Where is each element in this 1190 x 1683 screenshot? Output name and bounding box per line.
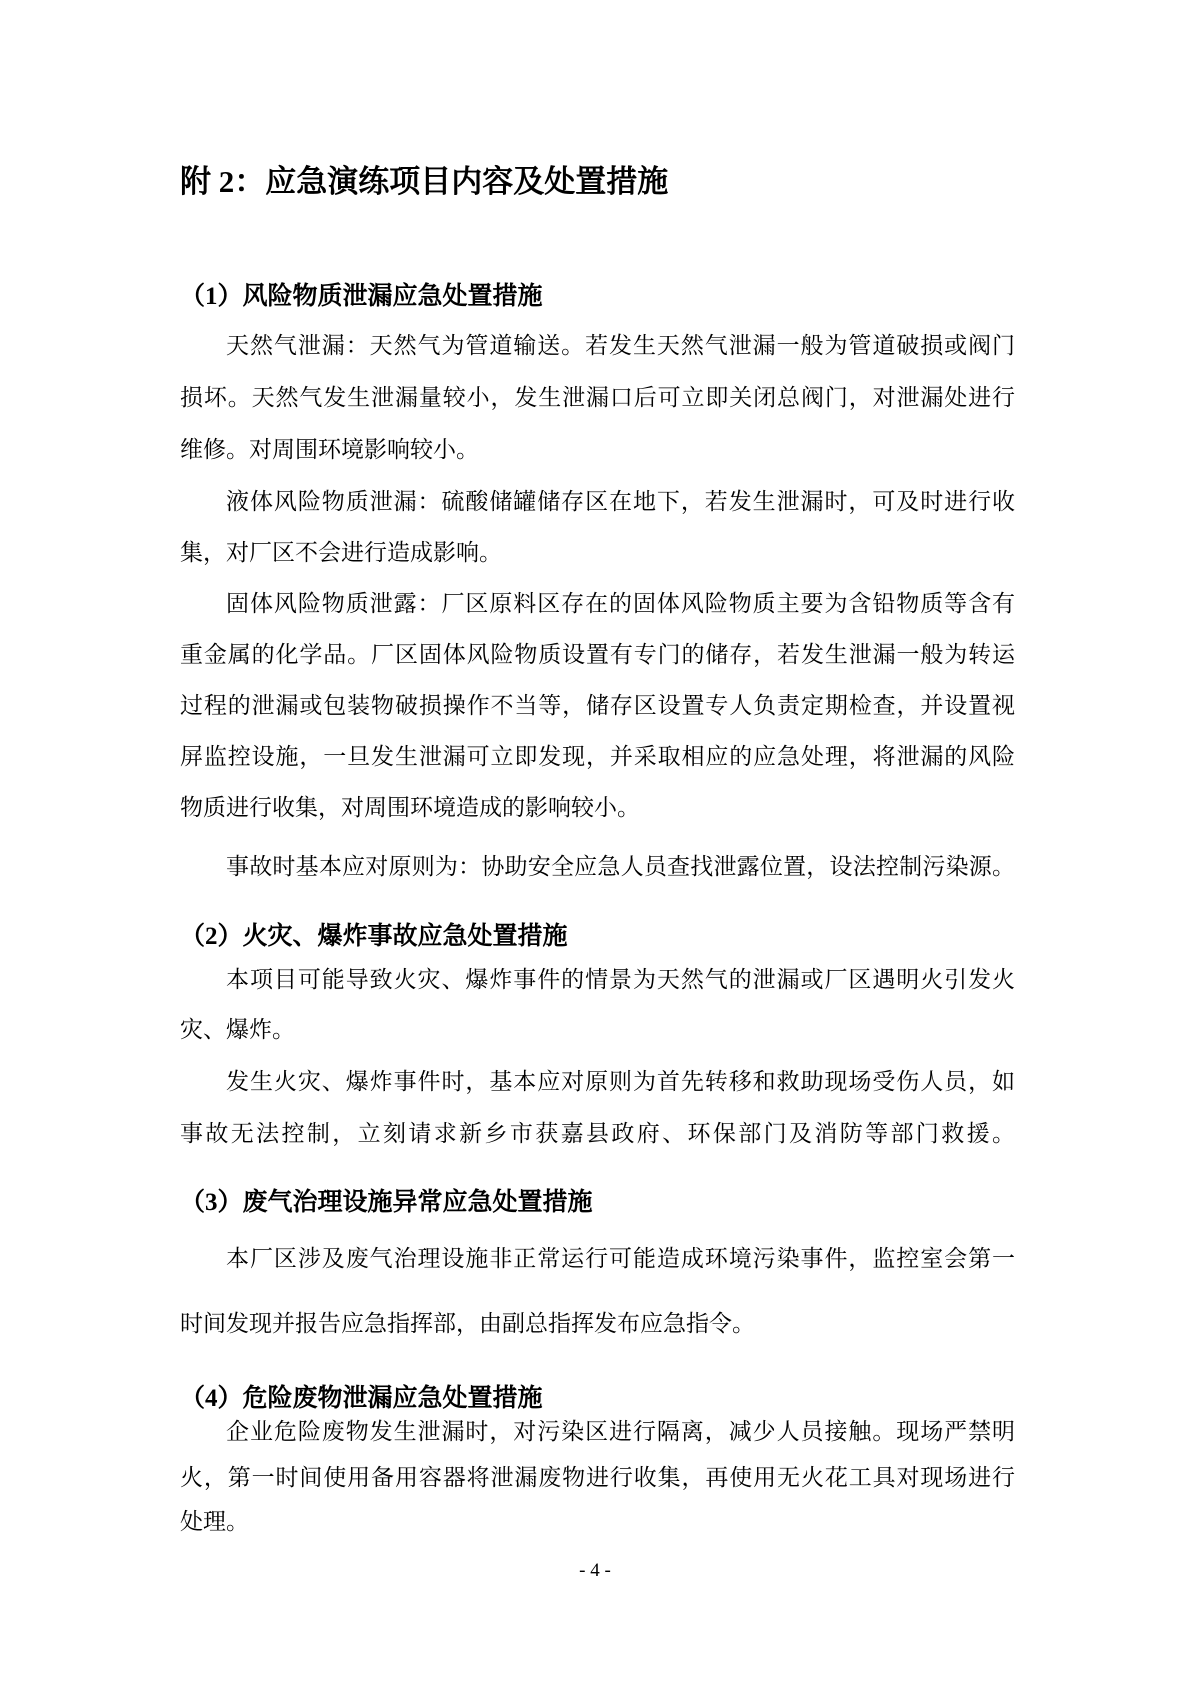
paragraph-line: 重金属的化学品。厂区固体风险物质设置有专门的储存，若发生泄漏一般为转运 — [180, 641, 1015, 670]
paragraph-line: 本厂区涉及废气治理设施非正常运行可能造成环境污染事件，监控室会第一 — [180, 1245, 1015, 1274]
paragraph-line: 火，第一时间使用备用容器将泄漏废物进行收集，再使用无火花工具对现场进行 — [180, 1464, 1015, 1493]
paragraph-line: 屏监控设施，一旦发生泄漏可立即发现，并采取相应的应急处理，将泄漏的风险 — [180, 743, 1015, 772]
paragraph-line: 固体风险物质泄露：厂区原料区存在的固体风险物质主要为含铅物质等含有 — [180, 590, 1015, 619]
paragraph-line: 处理。 — [180, 1508, 1015, 1537]
paragraph-line: 损坏。天然气发生泄漏量较小，发生泄漏口后可立即关闭总阀门，对泄漏处进行 — [180, 384, 1015, 413]
page-number: - 4 - — [0, 1560, 1190, 1582]
paragraph-line: 物质进行收集，对周围环境造成的影响较小。 — [180, 794, 1015, 823]
section-heading-4: （4）危险废物泄漏应急处置措施 — [180, 1378, 1015, 1414]
paragraph-line: 集，对厂区不会进行造成影响。 — [180, 539, 1015, 568]
paragraph-line: 本项目可能导致火灾、爆炸事件的情景为天然气的泄漏或厂区遇明火引发火 — [180, 966, 1015, 995]
paragraph-line: 时间发现并报告应急指挥部，由副总指挥发布应急指令。 — [180, 1310, 1015, 1339]
paragraph-line: 发生火灾、爆炸事件时，基本应对原则为首先转移和救助现场受伤人员，如 — [180, 1068, 1015, 1097]
page-title: 附 2：应急演练项目内容及处置措施 — [180, 156, 668, 201]
paragraph-line: 液体风险物质泄漏：硫酸储罐储存区在地下，若发生泄漏时，可及时进行收 — [180, 488, 1015, 517]
paragraph-line: 天然气泄漏：天然气为管道输送。若发生天然气泄漏一般为管道破损或阀门 — [180, 332, 1015, 361]
section-heading-3: （3）废气治理设施异常应急处置措施 — [180, 1182, 1015, 1218]
paragraph-line: 维修。对周围环境影响较小。 — [180, 436, 1015, 465]
section-heading-1: （1）风险物质泄漏应急处置措施 — [180, 276, 1015, 312]
document-page: 附 2：应急演练项目内容及处置措施 （1）风险物质泄漏应急处置措施 天然气泄漏：… — [0, 0, 1190, 1683]
paragraph-line: 事故无法控制，立刻请求新乡市获嘉县政府、环保部门及消防等部门救援。 — [180, 1120, 1015, 1149]
paragraph-line: 企业危险废物发生泄漏时，对污染区进行隔离，减少人员接触。现场严禁明 — [180, 1418, 1015, 1447]
paragraph-line: 灾、爆炸。 — [180, 1016, 1015, 1045]
paragraph-line: 事故时基本应对原则为：协助安全应急人员查找泄露位置，设法控制污染源。 — [180, 853, 1015, 882]
section-heading-2: （2）火灾、爆炸事故应急处置措施 — [180, 916, 1015, 952]
paragraph-line: 过程的泄漏或包装物破损操作不当等，储存区设置专人负责定期检查，并设置视 — [180, 692, 1015, 721]
